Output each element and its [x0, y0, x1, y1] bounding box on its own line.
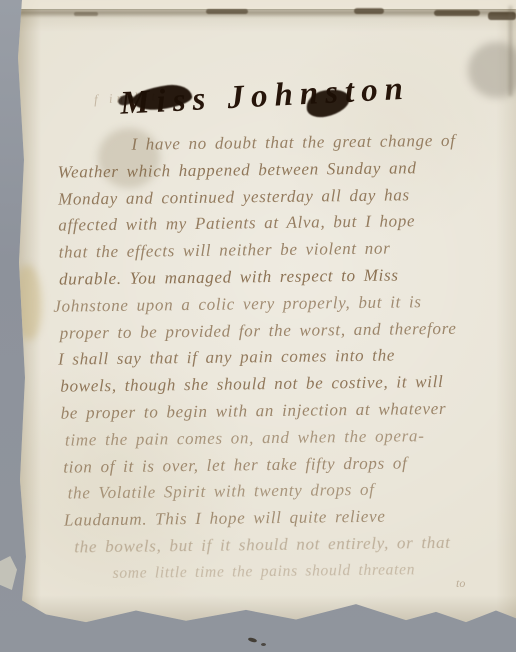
edge-stain [16, 265, 42, 340]
edge-crease-shadow [509, 6, 512, 96]
manuscript-page: f in let Miss Johnston I have no doubt t… [16, 0, 516, 640]
crease-ink-mark [74, 12, 98, 16]
letter-body: I have no doubt that the great change of… [57, 127, 493, 588]
crease-ink-mark [434, 10, 480, 16]
backdrop-speck [261, 643, 266, 646]
backdrop-speck [248, 637, 258, 643]
manuscript-line: some little time the pains should threat… [112, 556, 492, 587]
backdrop-debris [0, 556, 17, 590]
paper-top-fold [16, 0, 516, 9]
crease-ink-mark [354, 8, 384, 14]
letter-scan: f in let Miss Johnston I have no doubt t… [0, 0, 516, 652]
crease-ink-mark [206, 9, 248, 14]
